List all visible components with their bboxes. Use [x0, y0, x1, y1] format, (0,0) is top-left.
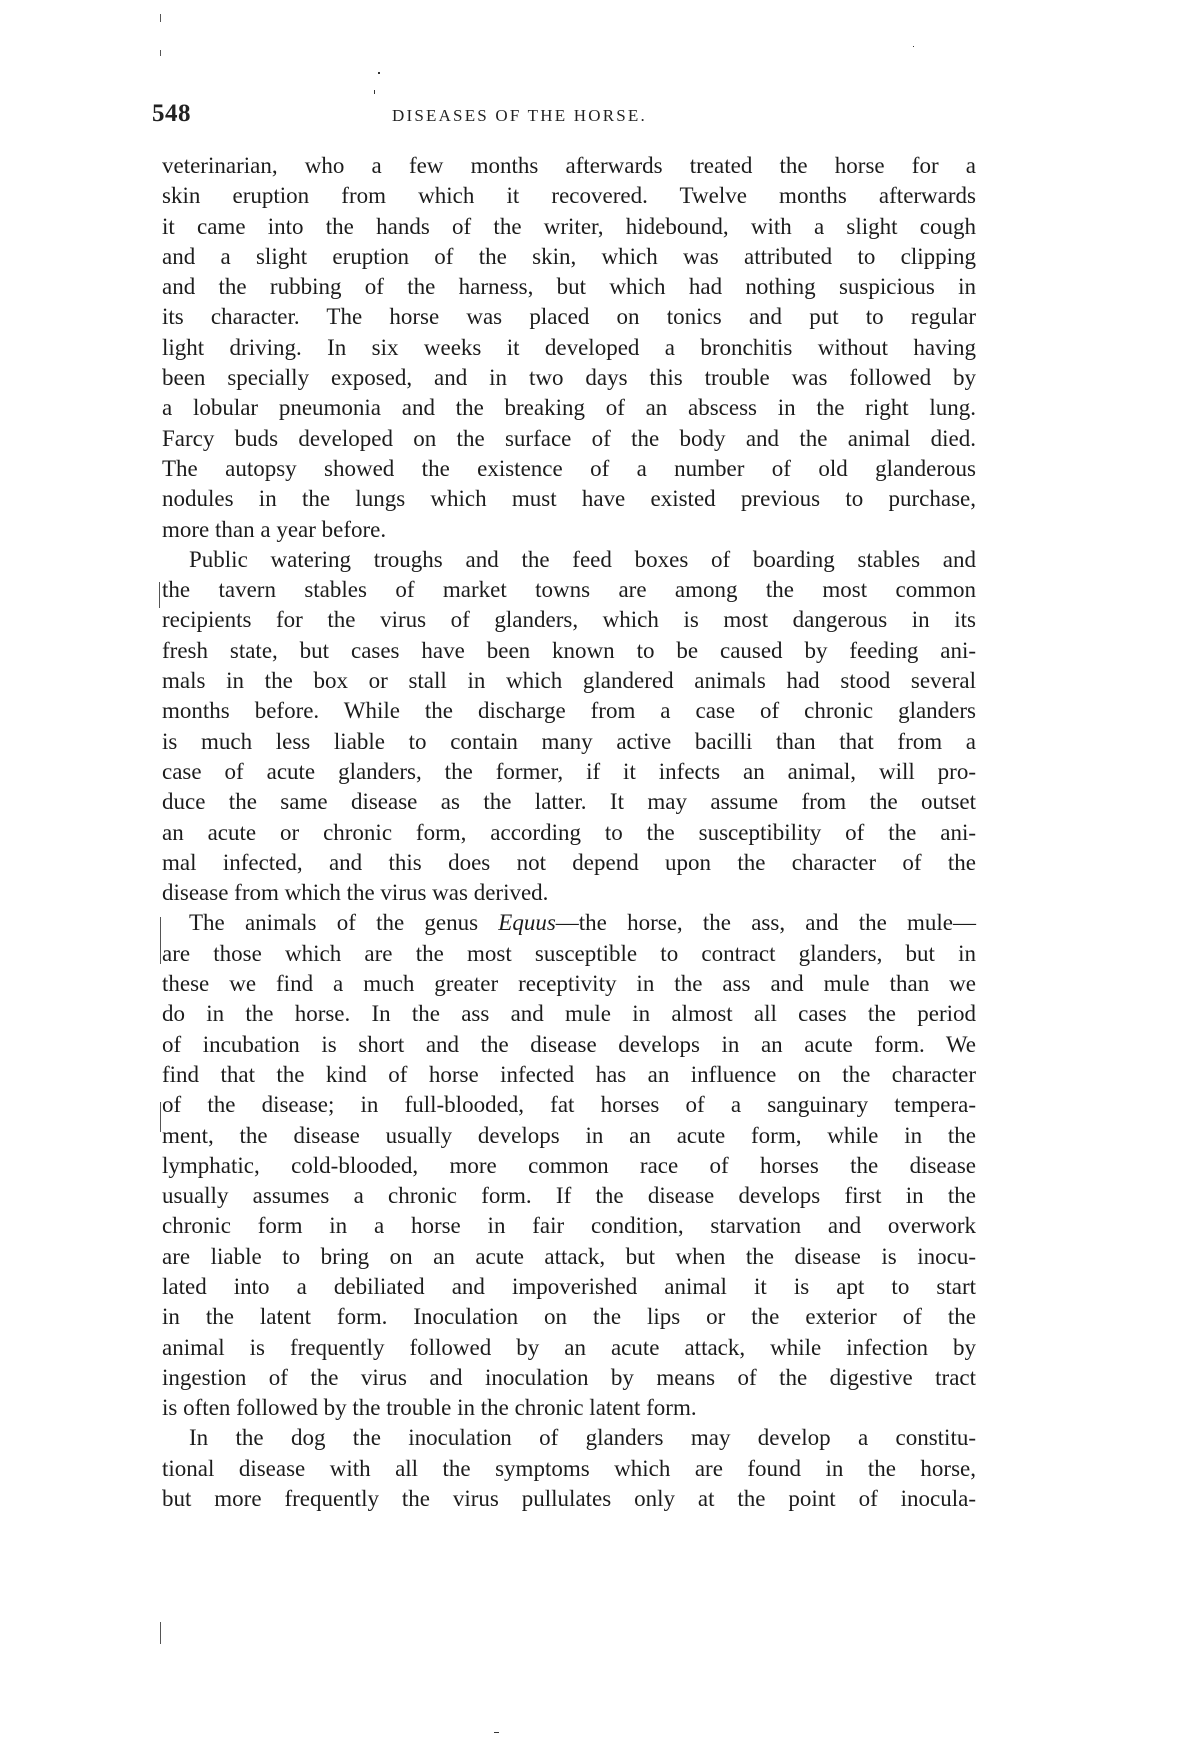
text-line: The animals of the genus Equus—the horse…	[162, 908, 976, 938]
scan-mark	[160, 936, 161, 964]
running-head: 548 DISEASES OF THE HORSE.	[152, 100, 977, 134]
text-line: case of acute glanders, the former, if i…	[162, 757, 976, 787]
text-line: duce the same disease as the latter. It …	[162, 787, 976, 817]
text-line: is much less liable to contain many acti…	[162, 727, 976, 757]
text-line: of incubation is short and the disease d…	[162, 1030, 976, 1060]
document-page: 548 DISEASES OF THE HORSE. veterinarian,…	[0, 0, 1200, 1761]
paragraph-2: Public watering troughs and the feed box…	[162, 545, 976, 909]
text-line: find that the kind of horse infected has…	[162, 1060, 976, 1090]
scan-mark	[160, 917, 161, 937]
text-line: mals in the box or stall in which glande…	[162, 666, 976, 696]
text-line: nodules in the lungs which must have exi…	[162, 484, 976, 514]
text-line: these we find a much greater receptivity…	[162, 969, 976, 999]
text-line: In the dog the inoculation of glanders m…	[162, 1423, 976, 1453]
text-line: chronic form in a horse in fair conditio…	[162, 1211, 976, 1241]
text-line: do in the horse. In the ass and mule in …	[162, 999, 976, 1029]
paragraph-4: In the dog the inoculation of glanders m…	[162, 1423, 976, 1514]
text-line: months before. While the discharge from …	[162, 696, 976, 726]
text-line: are those which are the most susceptible…	[162, 939, 976, 969]
text-line: lymphatic, cold-blooded, more common rac…	[162, 1151, 976, 1181]
running-title: DISEASES OF THE HORSE.	[392, 106, 647, 126]
text-line: light driving. In six weeks it developed…	[162, 333, 976, 363]
text-line: recipients for the virus of glanders, wh…	[162, 605, 976, 635]
text-line: usually assumes a chronic form. If the d…	[162, 1181, 976, 1211]
text-line: and the rubbing of the harness, but whic…	[162, 272, 976, 302]
text-line: the tavern stables of market towns are a…	[162, 575, 976, 605]
scan-mark	[159, 582, 160, 608]
text-line: more than a year before.	[162, 515, 976, 545]
text-line: are liable to bring on an acute attack, …	[162, 1242, 976, 1272]
text-line: mal infected, and this does not depend u…	[162, 848, 976, 878]
text-line: and a slight eruption of the skin, which…	[162, 242, 976, 272]
text-line: Farcy buds developed on the surface of t…	[162, 424, 976, 454]
text-line: ment, the disease usually develops in an…	[162, 1121, 976, 1151]
text-line: Public watering troughs and the feed box…	[162, 545, 976, 575]
text-line: but more frequently the virus pullulates…	[162, 1484, 976, 1514]
paragraph-1: veterinarian, who a few months afterward…	[162, 151, 976, 545]
text-line: its character. The horse was placed on t…	[162, 302, 976, 332]
scan-mark	[160, 50, 161, 56]
scan-speck	[374, 90, 375, 94]
body-text: veterinarian, who a few months afterward…	[162, 151, 976, 1514]
paragraph-3: The animals of the genus Equus—the horse…	[162, 908, 976, 1423]
text-line: it came into the hands of the writer, hi…	[162, 212, 976, 242]
text-line: tional disease with all the symptoms whi…	[162, 1454, 976, 1484]
text-line: veterinarian, who a few months afterward…	[162, 151, 976, 181]
text-run: —the horse, the ass, and the mule—	[556, 910, 976, 935]
text-line: skin eruption from which it recovered. T…	[162, 181, 976, 211]
text-line: animal is frequently followed by an acut…	[162, 1333, 976, 1363]
scan-mark	[160, 1622, 161, 1644]
text-line: The autopsy showed the existence of a nu…	[162, 454, 976, 484]
text-line: is often followed by the trouble in the …	[162, 1393, 976, 1423]
scan-mark	[160, 14, 161, 22]
genus-name-italic: Equus	[498, 910, 556, 935]
text-line: a lobular pneumonia and the breaking of …	[162, 393, 976, 423]
scan-mark	[160, 1102, 161, 1132]
text-line: disease from which the virus was derived…	[162, 878, 976, 908]
text-line: fresh state, but cases have been known t…	[162, 636, 976, 666]
text-line: of the disease; in full-blooded, fat hor…	[162, 1090, 976, 1120]
text-line: in the latent form. Inoculation on the l…	[162, 1302, 976, 1332]
text-run: The animals of the genus	[189, 910, 498, 935]
page-number: 548	[152, 100, 191, 128]
text-line: ingestion of the virus and inoculation b…	[162, 1363, 976, 1393]
text-line: an acute or chronic form, according to t…	[162, 818, 976, 848]
text-line: been specially exposed, and in two days …	[162, 363, 976, 393]
scan-speck	[378, 72, 380, 74]
text-line: lated into a debiliated and impoverished…	[162, 1272, 976, 1302]
scan-speck	[494, 1732, 499, 1733]
scan-speck	[913, 46, 914, 47]
